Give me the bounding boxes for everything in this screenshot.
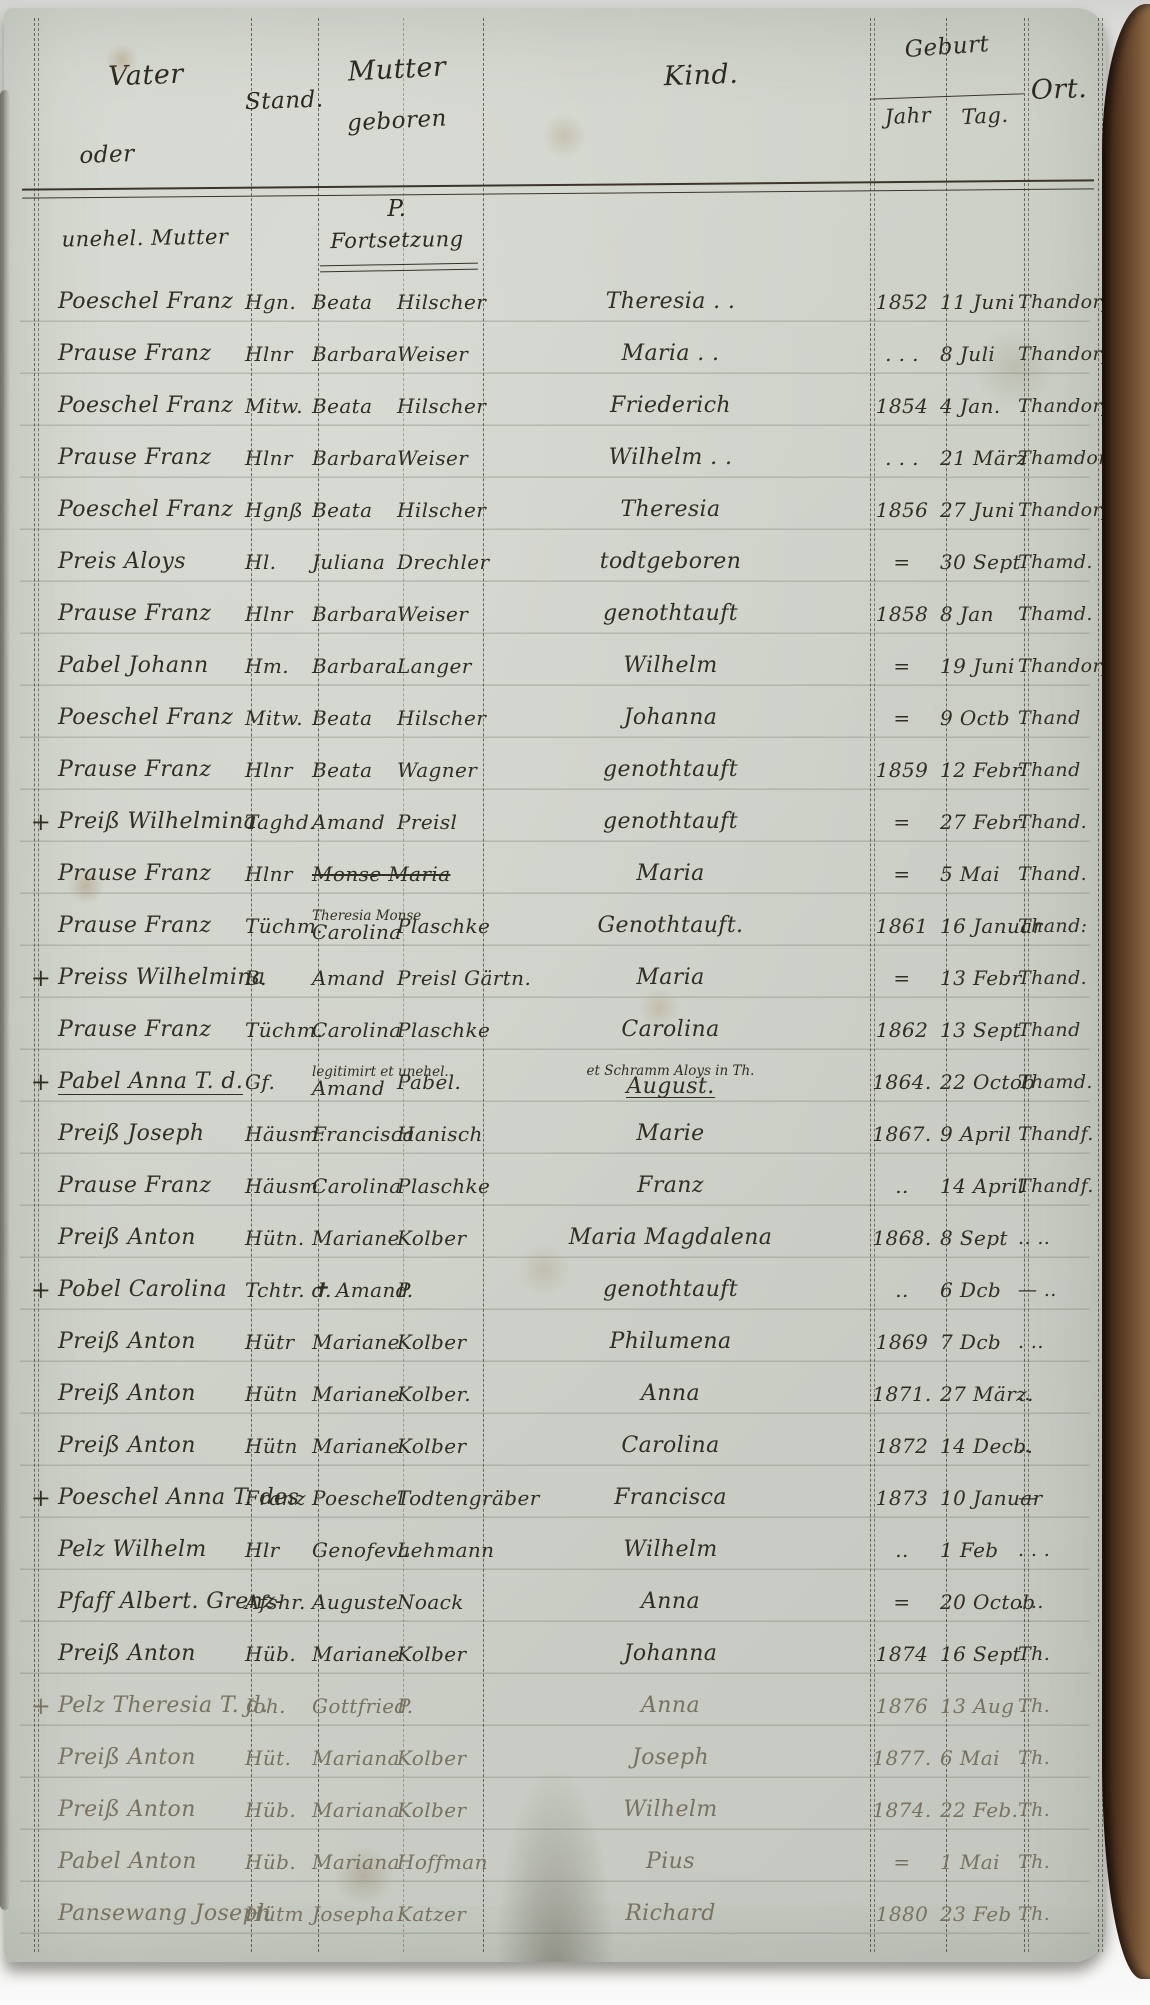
table-row: Pabel AntonHüb.MarianaHoffmanPius=1 MaiT… [28,1836,1094,1888]
table-row: +Preiss WilhelminaB.AmandPreisl Gärtn.Ma… [28,952,1094,1004]
birth-day-cell: 27 März. [940,1384,1018,1404]
birth-day-cell: 12 Febr [940,760,1018,780]
place-cell: — [1018,1488,1094,1508]
father-cell: Pelz Theresia T. d. [54,1696,245,1716]
table-row: Poeschel FranzMitw.BeataHilscherFriederi… [28,380,1094,432]
mother-given-cell: Barbara [312,344,397,364]
table-row: +Pabel Anna T. d.Gf.legitimirt et unehel… [28,1056,1094,1108]
table-row: Pansewang JosephHütmJosephaKatzerRichard… [28,1888,1094,1940]
birth-day-cell: 4 Jan. [940,396,1018,416]
place-cell: — .. [1018,1280,1094,1300]
mother-surname-cell: Pabel. [397,1072,477,1092]
child-cell: Marie [477,1124,864,1144]
mother-given-cell: Carolina [312,1176,397,1196]
stand-cell: Häusm [245,1176,312,1196]
birth-day-cell: 6 Dcb [940,1280,1018,1300]
mother-surname-cell: Hanisch [397,1124,477,1144]
scanned-register-photo: Vater oder Stand. Mutter geboren Kind. G… [0,0,1150,2005]
father-cell: Preiß Anton [54,1332,245,1352]
birth-year-cell: 1872 [864,1436,940,1456]
child-cell: Anna [477,1696,864,1716]
place-cell: .. [1018,1436,1094,1456]
stand-cell: Mitw. [245,708,312,728]
mother-given-cell: Beata [312,500,397,520]
child-cell: Pius [477,1852,864,1872]
stand-cell: Tüchm. [245,1020,312,1040]
father-cell: Pelz Wilhelm [54,1540,245,1560]
mother-surname-cell: Hilscher [397,292,477,312]
birth-day-cell: 8 Jan [940,604,1018,624]
mother-surname-cell: Noack [397,1592,477,1612]
mother-given-cell: Amand [312,812,397,832]
stand-cell: Häusm. [245,1124,312,1144]
birth-year-cell: = [864,552,940,572]
child-cell: genothtauft [477,604,864,624]
father-cell: Preiß Anton [54,1748,245,1768]
stand-cell: Hgnß [245,500,312,520]
father-cell: Preiß Anton [54,1800,245,1820]
stand-cell: Hütn [245,1436,312,1456]
birth-day-cell: 1 Mai [940,1852,1018,1872]
place-cell: Thandf. [1018,1176,1094,1196]
mother-given-cell: Gottfried [312,1696,397,1716]
mother-surname-cell: Hoffman [397,1852,477,1872]
birth-day-cell: 8 Sept [940,1228,1018,1248]
stand-cell: Gf. [245,1072,312,1092]
mother-surname-cell: Weiser [397,604,477,624]
child-cell: Johanna [477,708,864,728]
stand-cell: Tüchm. [245,916,312,936]
mother-given-cell: Mariane [312,1436,397,1456]
stand-cell: Hlr [245,1540,312,1560]
birth-year-cell: 1864. [864,1072,940,1092]
table-row: +Preiß WilhelminaTaghd.AmandPreislgenoth… [28,796,1094,848]
birth-day-cell: 19 Juni [940,656,1018,676]
birth-day-cell: 10 Januar [940,1488,1018,1508]
stand-cell: Hütn. [245,1228,312,1248]
child-cell: Wilhelm [477,656,864,676]
child-cell: Theresia . . [477,292,864,312]
place-cell: Th. [1018,1904,1094,1924]
child-cell: Maria [477,864,864,884]
stand-cell: Hm. [245,656,312,676]
stand-cell: Tchtr. d. [245,1280,312,1300]
place-cell: Thandorf [1018,396,1094,416]
table-row: Preiß AntonHütnMarianeKolber.Anna1871.27… [28,1368,1094,1420]
place-cell: .. [1018,1384,1094,1404]
mother-surname-cell: Todtengräber [397,1488,477,1508]
father-cell: Prause Franz [54,1020,245,1040]
table-row: Pfaff Albert. Grenz-Afshr.AugusteNoackAn… [28,1576,1094,1628]
birth-year-cell: 1854 [864,396,940,416]
mother-surname-cell: Plaschke [397,1020,477,1040]
child-cell: Richard [477,1904,864,1924]
register-rows: Poeschel FranzHgn.BeataHilscherTheresia … [28,276,1094,1940]
place-cell: Thandf. [1018,1124,1094,1144]
stand-cell: Hgn. [245,292,312,312]
mother-surname-cell: Wagner [397,760,477,780]
birth-year-cell: .. [864,1176,940,1196]
birth-year-cell: . . . [864,344,940,364]
mother-surname-cell: Lehmann [397,1540,477,1560]
child-cell: Anna [477,1384,864,1404]
mother-given-cell: Genofeva [312,1540,397,1560]
mother-given-cell: Auguste [312,1592,397,1612]
table-row: Preiß AntonHütnMarianeKolberCarolina1872… [28,1420,1094,1472]
stand-cell: Mitw. [245,396,312,416]
father-cell: Preiß Wilhelmina [54,812,245,832]
mother-given-cell: Beata [312,292,397,312]
child-cell: Genothtauft. [477,916,864,936]
mother-given-cell: legitimirt et unehel.Amand [312,1067,397,1098]
table-row: Poeschel FranzHgn.BeataHilscherTheresia … [28,276,1094,328]
stand-cell: Hl. [245,552,312,572]
birth-year-cell: 1856 [864,500,940,520]
father-cell: Poeschel Anna T. des [54,1488,245,1508]
place-cell: Thandorf [1018,292,1094,312]
birth-day-cell: 22 Octob [940,1072,1018,1092]
stand-cell: Hlnr [245,344,312,364]
child-cell: Theresia [477,500,864,520]
place-cell: . . . [1018,1540,1094,1560]
father-cell: Preiß Joseph [54,1124,245,1144]
father-cell: Prause Franz [54,604,245,624]
birth-day-cell: 1 Feb [940,1540,1018,1560]
father-cell: Prause Franz [54,864,245,884]
table-row: Prause FranzHlnrMonse MariaMaria=5 MaiTh… [28,848,1094,900]
birth-day-cell: 14 Decb. [940,1436,1018,1456]
table-row: Pelz WilhelmHlrGenofevaLehmannWilhelm..1… [28,1524,1094,1576]
mother-given-cell: Mariane [312,1228,397,1248]
birth-year-cell: = [864,1852,940,1872]
birth-year-cell: 1852 [864,292,940,312]
table-row: Pabel JohannHm.BarbaraLangerWilhelm=19 J… [28,640,1094,692]
father-cell: Poeschel Franz [54,396,245,416]
mother-surname-cell: Plaschke [397,916,477,936]
birth-day-cell: 16 Januar [940,916,1018,936]
place-cell: Th. [1018,1696,1094,1716]
table-row: Prause FranzHlnrBarbaraWeiserWilhelm . .… [28,432,1094,484]
mother-surname-cell: Kolber [397,1800,477,1820]
mother-given-cell: Mariane [312,1332,397,1352]
child-cell: Maria Magdalena [477,1228,864,1248]
mother-given-cell: Carolina [312,1020,397,1040]
birth-year-cell: 1859 [864,760,940,780]
child-cell: genothtauft [477,812,864,832]
place-cell: . .. [1018,1592,1094,1612]
birth-year-cell: = [864,656,940,676]
cross-mark: + [28,968,54,988]
birth-day-cell: 20 Octob [940,1592,1018,1612]
birth-year-cell: 1868. [864,1228,940,1248]
stand-cell: Taghd. [245,812,312,832]
stand-cell: B. [245,968,312,988]
cross-mark: + [28,1696,54,1716]
birth-day-cell: 13 Aug [940,1696,1018,1716]
birth-day-cell: 23 Feb [940,1904,1018,1924]
table-row: Preiß AntonHüt.MarianaKolberJoseph1877.6… [28,1732,1094,1784]
place-cell: Thamd. [1018,552,1094,572]
birth-year-cell: 1880 [864,1904,940,1924]
mother-surname-cell: Kolber [397,1436,477,1456]
place-cell: Thand. [1018,812,1094,832]
father-cell: Prause Franz [54,1176,245,1196]
birth-year-cell: . . . [864,448,940,468]
child-cell: Francisca [477,1488,864,1508]
father-cell: Prause Franz [54,916,245,936]
child-cell: genothtauft [477,760,864,780]
stand-cell: Hlnr [245,604,312,624]
mother-surname-cell: Kolber [397,1228,477,1248]
birth-year-cell: 1858 [864,604,940,624]
place-cell: Thand [1018,760,1094,780]
child-cell: todtgeboren [477,552,864,572]
mother-given-cell: Mariana [312,1852,397,1872]
stand-cell: Hüt. [245,1748,312,1768]
child-cell: genothtauft [477,1280,864,1300]
place-cell: Th. [1018,1800,1094,1820]
mother-given-cell: Juliana [312,552,397,572]
birth-year-cell: .. [864,1280,940,1300]
mother-surname-cell: Kolber [397,1332,477,1352]
cross-mark: + [28,1280,54,1300]
birth-day-cell: 21 März [940,448,1018,468]
child-cell: Wilhelm . . [477,448,864,468]
birth-day-cell: 14 April [940,1176,1018,1196]
birth-year-cell: = [864,864,940,884]
child-cell: Friederich [477,396,864,416]
mother-given-cell: ✝ Amand [312,1280,397,1300]
child-cell: Maria . . [477,344,864,364]
place-cell: Thamdorf [1018,448,1094,468]
father-cell: Pfaff Albert. Grenz- [54,1592,245,1612]
father-cell: Pobel Carolina [54,1280,245,1300]
place-cell: Thandorf [1018,500,1094,520]
stand-cell: Hüb. [245,1800,312,1820]
mother-surname-cell: Plaschke [397,1176,477,1196]
place-cell: Thamd. [1018,604,1094,624]
mother-surname-cell: Katzer [397,1904,477,1924]
table-row: Prause FranzHlnrBarbaraWeiserMaria . .. … [28,328,1094,380]
place-cell: . .. [1018,1332,1094,1352]
mother-surname-cell: Preisl [397,812,477,832]
mother-surname-cell: Weiser [397,344,477,364]
column-header-mother-2: geboren [321,104,472,138]
birth-year-cell: 1861 [864,916,940,936]
father-cell: Poeschel Franz [54,500,245,520]
mother-given-cell: Poeschel [312,1488,397,1508]
birth-year-cell: = [864,968,940,988]
mother-given-cell: Francisca [312,1124,397,1144]
birth-year-cell: 1874. [864,1800,940,1820]
birth-day-cell: 11 Juni [940,292,1018,312]
birth-day-cell: 16 Sept [940,1644,1018,1664]
table-row: Prause FranzHlnrBarbaraWeisergenothtauft… [28,588,1094,640]
birth-year-cell: 1867. [864,1124,940,1144]
mother-surname-cell: Weiser [397,448,477,468]
birth-year-cell: 1876 [864,1696,940,1716]
father-cell: Pabel Johann [54,656,245,676]
father-cell: Pabel Anna T. d. [54,1072,245,1092]
child-cell: Wilhelm [477,1540,864,1560]
mother-given-cell: Beata [312,760,397,780]
column-header-child: Kind. [596,56,807,94]
subheader-continuation: Fortsetzung [322,227,472,254]
stand-cell: Hüb. [245,1852,312,1872]
book-cover-edge [1102,4,1150,1979]
mother-given-cell: Barbara [312,656,397,676]
mother-given-cell: Mariane [312,1644,397,1664]
column-header-birth: Geburt [869,29,1024,66]
stand-cell: Hüb. [245,1644,312,1664]
birth-day-cell: 9 Octb [940,708,1018,728]
mother-given-cell: Josepha [312,1904,397,1924]
mother-surname-cell: P. [397,1280,477,1300]
place-cell: Thandorf [1018,656,1094,676]
father-cell: Preiss Wilhelmina [54,968,245,988]
birth-year-cell: = [864,708,940,728]
column-header-mother: Mutter [321,50,472,89]
father-cell: Prause Franz [54,344,245,364]
father-cell: Pansewang Joseph [54,1904,245,1924]
mother-surname-cell: P. [397,1696,477,1716]
father-cell: Pabel Anton [54,1852,245,1872]
child-cell: Carolina [477,1020,864,1040]
mother-surname-cell: Hilscher [397,708,477,728]
birth-day-cell: 13 Febr [940,968,1018,988]
birth-year-cell: = [864,1592,940,1612]
father-cell: Preis Aloys [54,552,245,572]
table-row: +Pobel CarolinaTchtr. d.✝ AmandP.genotht… [28,1264,1094,1316]
child-cell: Carolina [477,1436,864,1456]
stand-cell: Hütm [245,1904,312,1924]
birth-subdivider [870,93,1024,99]
mother-surname-cell: Drechler [397,552,477,572]
mother-given-cell: Monse Maria [312,864,397,884]
page-gutter-shadow [0,90,10,1910]
table-row: Poeschel FranzHgnßBeataHilscherTheresia1… [28,484,1094,536]
father-cell: Preiß Anton [54,1384,245,1404]
continuation-underline [320,263,478,273]
place-cell: Thand: [1018,916,1094,936]
birth-day-cell: 27 Febr [940,812,1018,832]
column-header-father-2: oder [52,140,163,170]
table-row: +Pelz Theresia T. d.Joh.GottfriedP.Anna1… [28,1680,1094,1732]
father-cell: Preiß Anton [54,1436,245,1456]
birth-year-cell: 1869 [864,1332,940,1352]
birth-day-cell: 7 Dcb [940,1332,1018,1352]
place-cell: Th. [1018,1644,1094,1664]
stand-cell: Hütr [245,1332,312,1352]
place-cell: Thand. [1018,968,1094,988]
column-header-day: Tag. [945,102,1024,130]
table-row: Preis AloysHl.JulianaDrechlertodtgeboren… [28,536,1094,588]
table-row: Prause FranzTüchm.Theresia MonseCarolina… [28,900,1094,952]
table-row: Prause FranzHlnrBeataWagnergenothtauft18… [28,744,1094,796]
stand-cell: Afshr. [245,1592,312,1612]
table-row: Preiß AntonHütn.MarianeKolberMaria Magda… [28,1212,1094,1264]
table-row: Preiß AntonHüb.MarianeKolberJohanna18741… [28,1628,1094,1680]
father-cell: Prause Franz [54,448,245,468]
column-header-father: Vater [66,57,227,94]
table-row: Preiß AntonHütrMarianeKolberPhilumena186… [28,1316,1094,1368]
child-cell: Philumena [477,1332,864,1352]
place-cell: Thandorf. [1018,344,1094,364]
cross-mark: + [28,1072,54,1092]
place-cell: .. .. [1018,1228,1094,1248]
father-cell: Poeschel Franz [54,708,245,728]
column-header-place: Ort. [1017,73,1100,107]
child-cell: Johanna [477,1644,864,1664]
table-row: Preiß JosephHäusm.FranciscaHanischMarie1… [28,1108,1094,1160]
stand-cell: Hütn [245,1384,312,1404]
table-row: +Poeschel Anna T. desFranzPoeschelTodten… [28,1472,1094,1524]
header-divider [22,179,1094,198]
table-row: Prause FranzTüchm.CarolinaPlaschkeCaroli… [28,1004,1094,1056]
child-cell: Anna [477,1592,864,1612]
child-cell: Joseph [477,1748,864,1768]
birth-day-cell: 30 Sept [940,552,1018,572]
birth-year-cell: 1874 [864,1644,940,1664]
mother-given-cell: Barbara [312,448,397,468]
column-header-year: Jahr [869,102,946,130]
birth-year-cell: .. [864,1540,940,1560]
mother-given-cell: Beata [312,708,397,728]
table-row: Poeschel FranzMitw.BeataHilscherJohanna=… [28,692,1094,744]
birth-year-cell: 1877. [864,1748,940,1768]
father-cell: Preiß Anton [54,1644,245,1664]
mother-surname-cell: Hilscher [397,500,477,520]
mother-given-cell: Beata [312,396,397,416]
column-header-stand: Stand. [245,87,319,116]
place-cell: Thamd. [1018,1072,1094,1092]
mother-surname-cell: Kolber. [397,1384,477,1404]
cross-mark: + [28,812,54,832]
mother-given-cell: Amand [312,968,397,988]
mother-surname-cell: Hilscher [397,396,477,416]
father-cell: Prause Franz [54,760,245,780]
mother-given-cell: Mariana [312,1748,397,1768]
child-cell: et Schramm Aloys in Th.August. [477,1066,864,1098]
cross-mark: + [28,1488,54,1508]
child-cell: Franz [477,1176,864,1196]
stand-cell: Hlnr [245,760,312,780]
stand-cell: Franz [245,1488,312,1508]
register-page: Vater oder Stand. Mutter geboren Kind. G… [4,8,1106,1962]
child-cell: Wilhelm [477,1800,864,1820]
birth-year-cell: 1871. [864,1384,940,1404]
mother-given-cell: Mariana [312,1800,397,1820]
mother-surname-cell: Preisl Gärtn. [397,968,477,988]
father-cell: Preiß Anton [54,1228,245,1248]
birth-year-cell: 1862 [864,1020,940,1040]
birth-day-cell: 5 Mai [940,864,1018,884]
mother-surname-cell: Langer [397,656,477,676]
stand-cell: Joh. [245,1696,312,1716]
place-cell: Thand [1018,1020,1094,1040]
birth-day-cell: 9 April [940,1124,1018,1144]
father-cell: Poeschel Franz [54,292,245,312]
place-cell: Th. [1018,1748,1094,1768]
birth-year-cell: = [864,812,940,832]
birth-day-cell: 27 Juni [940,500,1018,520]
subheader-p: P. [322,196,472,222]
place-cell: Thand. [1018,864,1094,884]
birth-day-cell: 13 Sept [940,1020,1018,1040]
birth-day-cell: 22 Feb. [940,1800,1018,1820]
table-row: Preiß AntonHüb.MarianaKolberWilhelm1874.… [28,1784,1094,1836]
place-cell: Th. [1018,1852,1094,1872]
